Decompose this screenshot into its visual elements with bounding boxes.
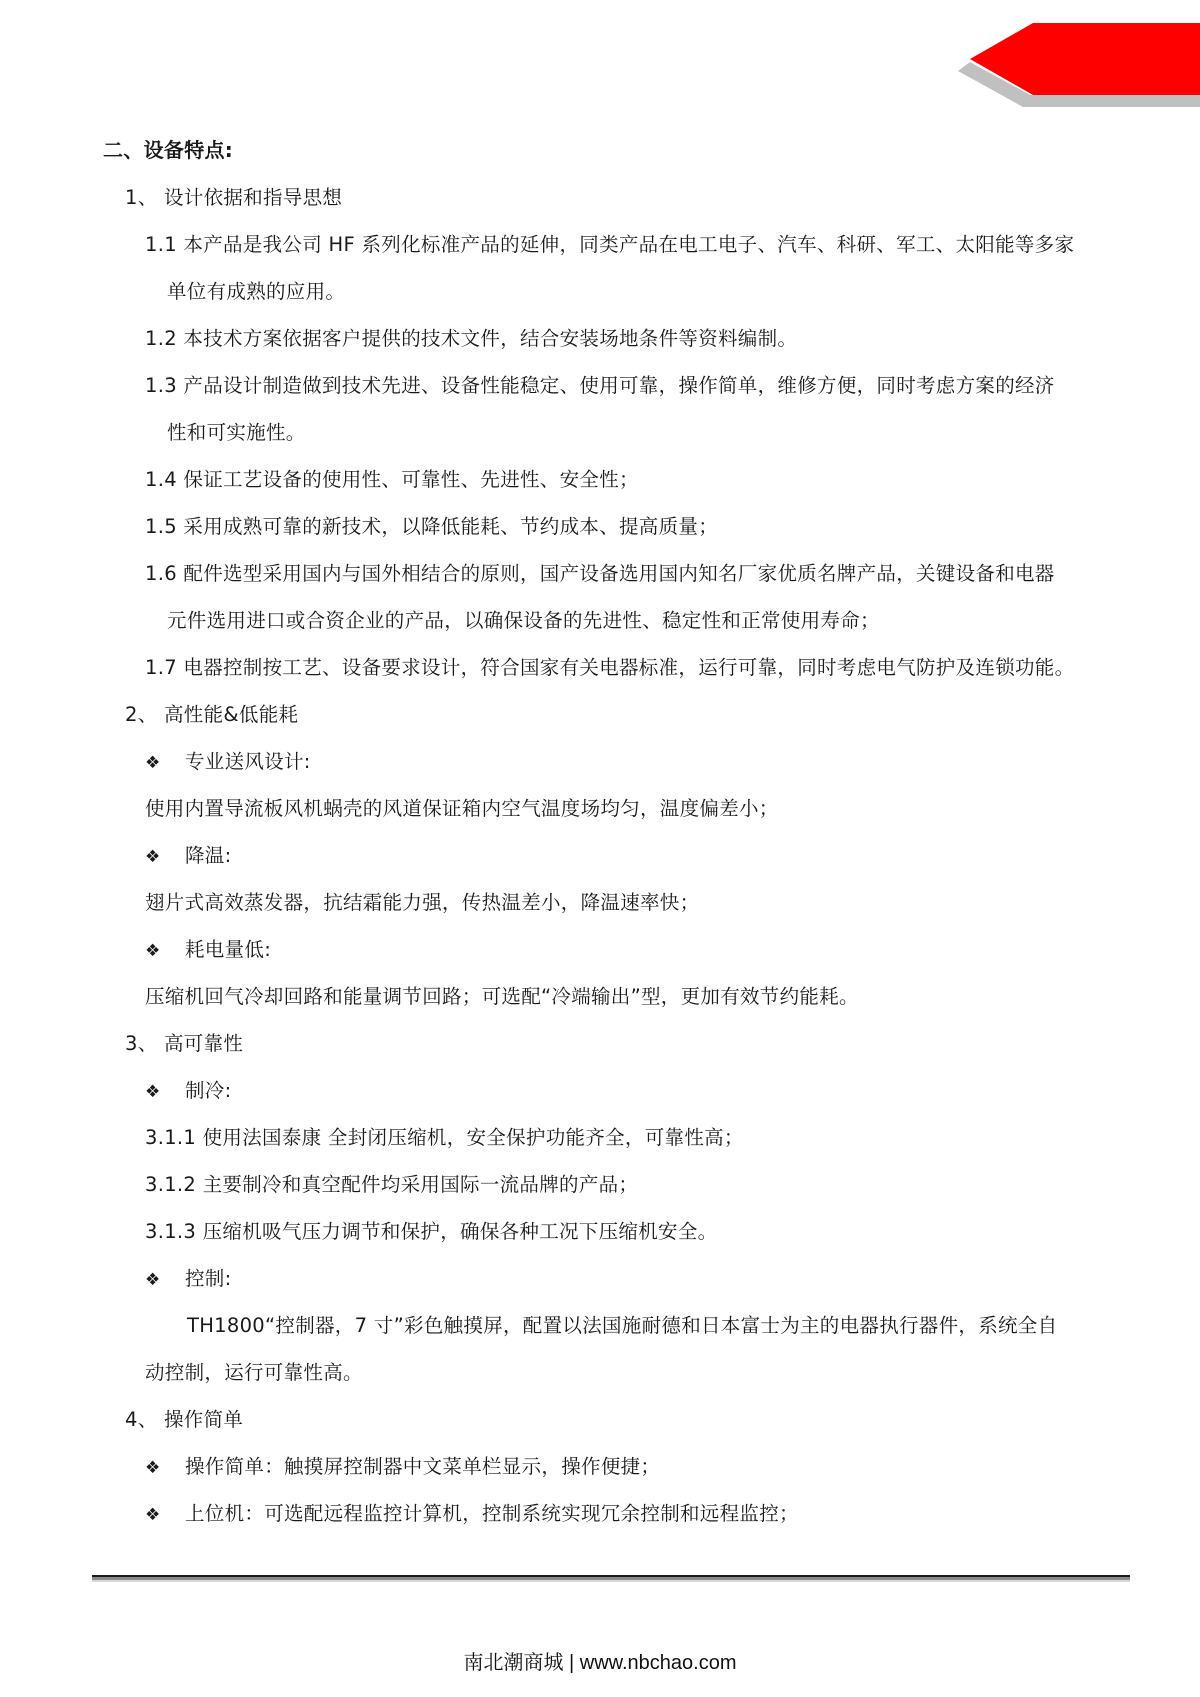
bullet-label: 耗电量低: xyxy=(185,938,271,961)
paragraph-1-1-cont: 单位有成熟的应用。 xyxy=(167,278,345,306)
heading-performance: 2、 高性能&低能耗 xyxy=(125,701,298,729)
bullet-touchscreen: ❖操作简单：触摸屏控制器中文菜单栏显示，操作便捷； xyxy=(145,1453,660,1482)
diamond-bullet-icon: ❖ xyxy=(145,1266,185,1294)
paragraph-1-3: 1.3 产品设计制造做到技术先进、设备性能稳定、使用可靠，操作简单，维修方便，同… xyxy=(145,372,1055,400)
paragraph-1-6: 1.6 配件选型采用国内与国外相结合的原则，国产设备选用国内知名厂家优质名牌产品… xyxy=(145,560,1055,588)
heading-design-basis: 1、 设计依据和指导思想 xyxy=(125,184,342,212)
paragraph-1-1: 1.1 本产品是我公司 HF 系列化标准产品的延伸，同类产品在电工电子、汽车、科… xyxy=(145,231,1074,259)
bullet-label: 控制: xyxy=(185,1267,231,1290)
bullet-label: 操作简单：触摸屏控制器中文菜单栏显示，操作便捷； xyxy=(185,1455,660,1478)
bullet-cooling: ❖降温: xyxy=(145,842,231,871)
bullet-label: 专业送风设计: xyxy=(185,750,311,773)
diamond-bullet-icon: ❖ xyxy=(145,937,185,965)
bullet-label: 降温: xyxy=(185,844,231,867)
paragraph-1-2: 1.2 本技术方案依据客户提供的技术文件，结合安装场地条件等资料编制。 xyxy=(145,325,797,353)
paragraph-1-4: 1.4 保证工艺设备的使用性、可靠性、先进性、安全性； xyxy=(145,466,639,494)
bullet-refrigeration: ❖制冷: xyxy=(145,1077,231,1106)
bullet-control: ❖控制: xyxy=(145,1265,231,1294)
diamond-bullet-icon: ❖ xyxy=(145,1501,185,1529)
paragraph-1-5: 1.5 采用成熟可靠的新技术，以降低能耗、节约成本、提高质量； xyxy=(145,513,718,541)
paragraph-control-cont: 动控制，运行可靠性高。 xyxy=(145,1359,363,1387)
heading-simple-operation: 4、 操作简单 xyxy=(125,1406,243,1434)
paragraph-1-6-cont: 元件选用进口或合资企业的产品，以确保设备的先进性、稳定性和正常使用寿命； xyxy=(167,607,880,635)
footer-divider xyxy=(92,1575,1130,1582)
paragraph-airflow: 使用内置导流板风机蜗壳的风道保证箱内空气温度场均匀，温度偏差小； xyxy=(145,795,779,823)
diamond-bullet-icon: ❖ xyxy=(145,1454,185,1482)
diamond-bullet-icon: ❖ xyxy=(145,843,185,871)
bullet-low-power: ❖耗电量低: xyxy=(145,936,271,965)
heading-reliability: 3、 高可靠性 xyxy=(125,1030,243,1058)
corner-tab-decoration xyxy=(880,0,1200,120)
paragraph-1-7: 1.7 电器控制按工艺、设备要求设计，符合国家有关电器标准，运行可靠，同时考虑电… xyxy=(145,654,1074,682)
bullet-label: 上位机：可选配远程监控计算机，控制系统实现冗余控制和远程监控； xyxy=(185,1502,799,1525)
paragraph-cooling: 翅片式高效蒸发器，抗结霜能力强，传热温差小，降温速率快； xyxy=(145,889,699,917)
paragraph-low-power: 压缩机回气冷却回路和能量调节回路；可选配“冷端输出”型，更加有效节约能耗。 xyxy=(145,983,859,1011)
paragraph-control: TH1800“控制器，7 寸”彩色触摸屏，配置以法国施耐德和日本富士为主的电器执… xyxy=(187,1312,1057,1340)
diamond-bullet-icon: ❖ xyxy=(145,1078,185,1106)
section-title: 二、设备特点: xyxy=(103,136,233,164)
paragraph-3-1-3: 3.1.3 压缩机吸气压力调节和保护，确保各种工况下压缩机安全。 xyxy=(145,1218,717,1246)
diamond-bullet-icon: ❖ xyxy=(145,749,185,777)
bullet-host-computer: ❖上位机：可选配远程监控计算机，控制系统实现冗余控制和远程监控； xyxy=(145,1500,799,1529)
bullet-airflow: ❖专业送风设计: xyxy=(145,748,311,777)
bullet-label: 制冷: xyxy=(185,1079,231,1102)
footer-brand: 南北潮商城 | www.nbchao.com xyxy=(0,1646,1200,1675)
paragraph-3-1-2: 3.1.2 主要制冷和真空配件均采用国际一流品牌的产品； xyxy=(145,1171,638,1199)
paragraph-3-1-1: 3.1.1 使用法国泰康 全封闭压缩机，安全保护功能齐全，可靠性高； xyxy=(145,1124,744,1152)
paragraph-1-3-cont: 性和可实施性。 xyxy=(167,419,306,447)
